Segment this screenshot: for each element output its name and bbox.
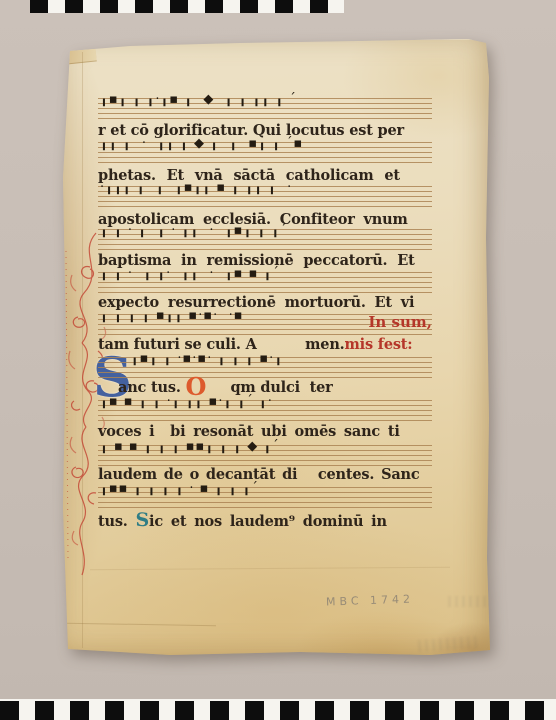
chant-text: ic et nos laudem⁹ dominū in	[149, 513, 387, 530]
music-staff: ╻╻ ╻ · ╻╻ ╻ ◆ ╻ ╻ ▪╻ ╻ ´▪	[98, 142, 432, 163]
chant-block: ╻▪╻ ╻ ╻·╻▪ ╻ ◆ ╻ ╻ ╻╻ ╻ ´r et cō glorifi…	[60, 38, 490, 662]
music-staff: ·╻╻╻ ╻ ╻ ╻▪╻╻ ▪ ╻ ╻╻ ╻ ·	[98, 186, 432, 207]
chant-text: tus.	[98, 513, 136, 530]
neume-row: ╻ ╻ · ╻ ╻· ╻╻ · ╻▪ ▪ ╻´	[100, 266, 280, 281]
music-staff: ╻ ╻ ╻ ╻ ▪╻╻ ▪·▪· ·▪In sum,	[98, 314, 432, 335]
music-staff: ╻▪ ▪ ╻ ╻ ·╻ ╻╻ ▪·╻ ╻´ ╻·	[98, 400, 432, 421]
neume-row: ╻▪╻ ╻ ·▪·▪· ╻ ╻ ╻ ▪·╻	[100, 351, 283, 366]
music-staff: ╻▪╻ ╻ ╻·╻▪ ╻ ◆ ╻ ╻ ╻╻ ╻ ´	[98, 98, 432, 119]
music-staff: ╻ ╻ · ╻ ╻· ╻╻ · ╻▪ ▪ ╻´	[98, 272, 432, 293]
neume-row: ╻ ▪ ▪ ╻ ╻ ╻ ▪▪╻ ╻ ╻ ◆ ╻´	[100, 439, 280, 454]
music-staff: ╻ ▪ ▪ ╻ ╻ ╻ ▪▪╻ ╻ ╻ ◆ ╻´	[98, 445, 432, 466]
rubric-label: In sum,	[368, 313, 432, 331]
music-staff: ╻ ╻ · ╻ ╻ · ╻╻ · ╻▪╻ ╻ ╻´	[98, 229, 432, 250]
faint-inscription-smudge	[448, 596, 492, 607]
scale-bar-bottom-squares	[0, 701, 556, 720]
chant-text-line: tus. Sic et nos laudem⁹ dominū in	[98, 509, 432, 529]
initial-s-small: S	[136, 509, 150, 531]
neume-row: ╻╻ ╻ · ╻╻ ╻ ◆ ╻ ╻ ▪╻ ╻ ´▪	[100, 136, 303, 151]
manuscript-leaf-wrapper: S ╻▪╻ ╻ ╻·╻▪ ╻ ◆ ╻ ╻ ╻╻ ╻ ´r et cō glori…	[60, 38, 490, 662]
music-staff: ╻▪╻ ╻ ·▪·▪· ╻ ╻ ╻ ▪·╻	[98, 357, 432, 378]
photo-background: { "photo": { "background_color": "#c7bdb…	[0, 0, 556, 720]
rubric-text: mis fest:	[345, 336, 413, 353]
neume-row: ╻ ╻ · ╻ ╻ · ╻╻ · ╻▪╻ ╻ ╻´	[100, 223, 288, 238]
music-staff: ╻▪▪ ╻ ╻ ╻ ╻ · ▪ ╻ ╻ ╻´	[98, 487, 432, 508]
manuscript-leaf: S ╻▪╻ ╻ ╻·╻▪ ╻ ◆ ╻ ╻ ╻╻ ╻ ´r et cō glori…	[60, 38, 490, 662]
scale-bar-top-squares	[30, 0, 344, 13]
neume-row: ╻▪╻ ╻ ╻·╻▪ ╻ ◆ ╻ ╻ ╻╻ ╻ ´	[100, 92, 297, 107]
neume-row: ·╻╻╻ ╻ ╻ ╻▪╻╻ ▪ ╻ ╻╻ ╻ ·	[100, 180, 292, 195]
neume-row: ╻▪ ▪ ╻ ╻ ·╻ ╻╻ ▪·╻ ╻´ ╻·	[100, 394, 273, 409]
scale-bar-top	[30, 0, 344, 13]
neume-row: ╻▪▪ ╻ ╻ ╻ ╻ · ▪ ╻ ╻ ╻´	[100, 481, 259, 496]
scale-bar-bottom	[0, 699, 556, 720]
neume-row: ╻ ╻ ╻ ╻ ▪╻╻ ▪·▪· ·▪	[100, 308, 244, 323]
chant-text: voces i bi resonāt ubi omēs sanc ti	[98, 423, 400, 440]
